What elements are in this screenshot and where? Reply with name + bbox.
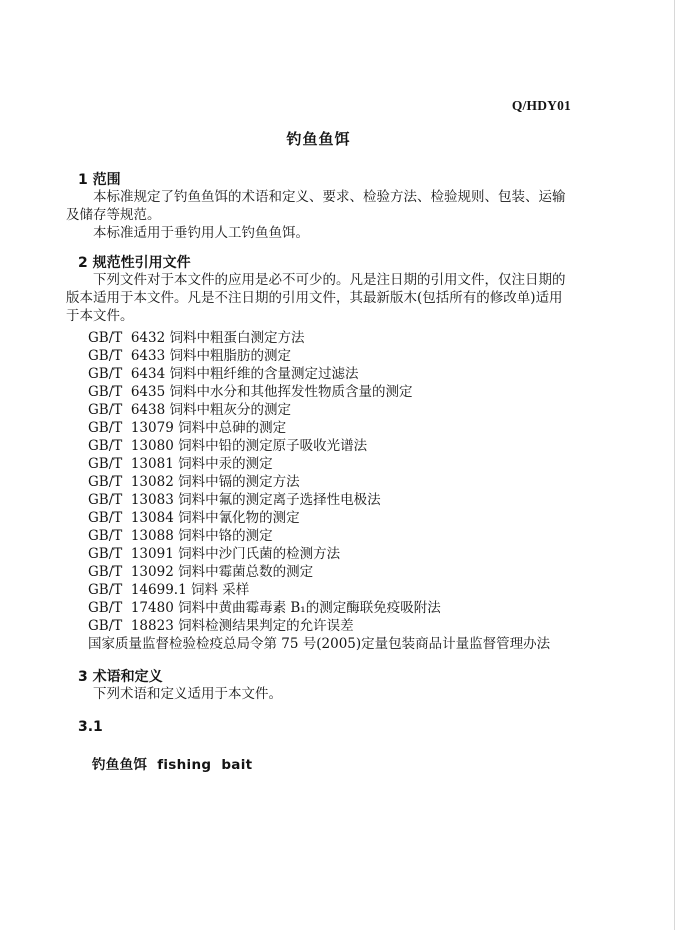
document-content: Q/HDY01 钓鱼鱼饵 1 范围 本标准规定了钓鱼鱼饵的术语和定义、要求、检验…	[66, 0, 571, 773]
term-name: 钓鱼鱼饵 fishing bait	[92, 757, 571, 773]
section-3-heading: 3 术语和定义	[78, 670, 571, 685]
reference-item: GB/T 6433 饲料中粗脂肪的测定	[88, 347, 571, 365]
reference-item: GB/T 17480 饲料中黄曲霉毒素 B₁的测定酶联免疫吸附法	[88, 599, 571, 617]
reference-item: GB/T 13088 饲料中铬的测定	[88, 527, 571, 545]
reference-item: 国家质量监督检验检疫总局令第 75 号(2005)定量包装商品计量监督管理办法	[88, 635, 571, 653]
reference-item: GB/T 13092 饲料中霉菌总数的测定	[88, 563, 571, 581]
scope-paragraph-2: 本标准适用于垂钓用人工钓鱼鱼饵。	[66, 224, 571, 242]
reference-item: GB/T 14699.1 饲料 采样	[88, 581, 571, 599]
section-2-heading: 2 规范性引用文件	[78, 256, 571, 271]
references-intro: 下列文件对于本文件的应用是必不可少的。凡是注日期的引用文件，仅注日期的版本适用于…	[66, 271, 571, 325]
reference-item: GB/T 13083 饲料中氟的测定离子选择性电极法	[88, 491, 571, 509]
reference-item: GB/T 13084 饲料中氰化物的测定	[88, 509, 571, 527]
document-page: Q/HDY01 钓鱼鱼饵 1 范围 本标准规定了钓鱼鱼饵的术语和定义、要求、检验…	[0, 0, 675, 930]
section-1-heading: 1 范围	[78, 173, 571, 188]
reference-item: GB/T 6434 饲料中粗纤维的含量测定过滤法	[88, 365, 571, 383]
reference-item: GB/T 6435 饲料中水分和其他挥发性物质含量的测定	[88, 383, 571, 401]
doc-title: 钓鱼鱼饵	[66, 131, 571, 147]
scope-paragraph-1: 本标准规定了钓鱼鱼饵的术语和定义、要求、检验方法、检验规则、包装、运输及储存等规…	[66, 188, 571, 224]
reference-item: GB/T 13082 饲料中镉的测定方法	[88, 473, 571, 491]
term-number: 3.1	[78, 720, 571, 735]
terms-intro: 下列术语和定义适用于本文件。	[66, 685, 571, 703]
reference-list: GB/T 6432 饲料中粗蛋白测定方法 GB/T 6433 饲料中粗脂肪的测定…	[66, 329, 571, 653]
reference-item: GB/T 13080 饲料中铅的测定原子吸收光谱法	[88, 437, 571, 455]
reference-item: GB/T 6432 饲料中粗蛋白测定方法	[88, 329, 571, 347]
reference-item: GB/T 13081 饲料中汞的测定	[88, 455, 571, 473]
reference-item: GB/T 18823 饲料检测结果判定的允许误差	[88, 617, 571, 635]
doc-number: Q/HDY01	[66, 98, 571, 113]
reference-item: GB/T 6438 饲料中粗灰分的测定	[88, 401, 571, 419]
reference-item: GB/T 13079 饲料中总砷的测定	[88, 419, 571, 437]
reference-item: GB/T 13091 饲料中沙门氏菌的检测方法	[88, 545, 571, 563]
